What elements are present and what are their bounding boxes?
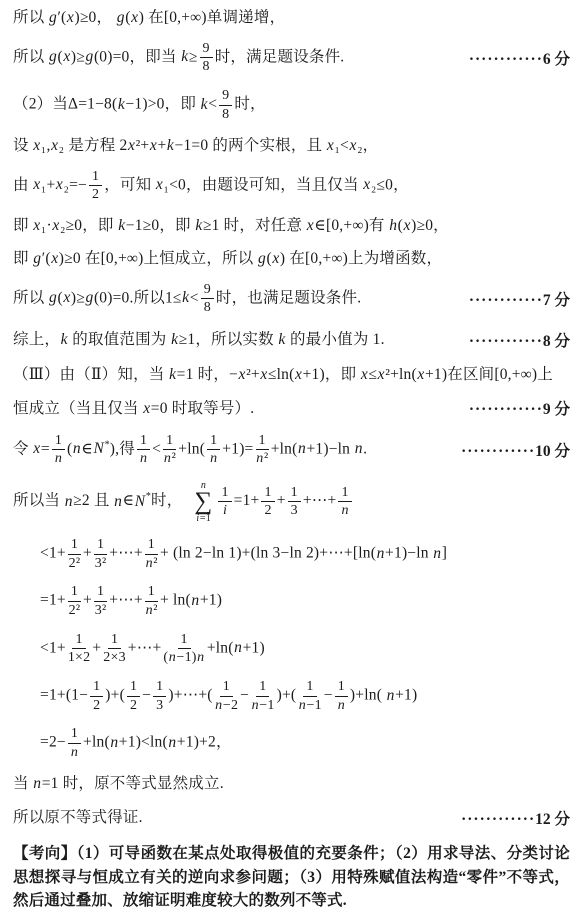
solution-line: =1+(1−12)+(12−13)+⋯+(1n−2−1n−1)+(1n−1−1n… — [13, 679, 570, 713]
solution-line: 所以 g′(x)≥0， g(x) 在[0,+∞)单调递增， — [13, 8, 570, 27]
solution-line: 所以原不等式得证.············12 分 — [13, 807, 570, 829]
solution-line: 即 g′(x)≥0 在[0,+∞)上恒成立，所以 g(x) 在[0,+∞)上为增… — [13, 249, 570, 268]
solution-line-text: 设 x₁,x₂ 是方程 2x²+x+k−1=0 的两个实根，且 x₁<x₂， — [13, 136, 570, 155]
score-label: 7 分 — [543, 292, 570, 309]
fraction: 1n — [68, 726, 81, 760]
solution-line-text: =1+(1−12)+(12−13)+⋯+(1n−2−1n−1)+(1n−1−1n… — [13, 679, 570, 713]
solution-line: <1+11×2+12×3+⋯+1(n−1)n+ln(n+1) — [13, 632, 570, 666]
solution-line-text: 当 n=1 时，原不等式显然成立. — [13, 774, 570, 793]
fraction: 12² — [68, 537, 81, 571]
solution-line: 由 x₁+x₂=−12，可知 x₁<0，由题设可知，当且仅当 x₂≤0， — [13, 169, 570, 203]
fraction: 12 — [127, 679, 140, 713]
fraction: 12² — [68, 584, 81, 618]
score-leader-dots: ············ — [469, 51, 543, 68]
fraction: 12 — [261, 485, 274, 519]
solution-line-text: 令 x=1n(n∈N*),得1n<1n²+ln(1n+1)=1n²+ln(n+1… — [13, 433, 453, 467]
document-page: 所以 g′(x)≥0， g(x) 在[0,+∞)单调递增，所以 g(x)≥g(0… — [0, 0, 588, 920]
score-label: 12 分 — [535, 811, 570, 828]
fraction: 98 — [219, 88, 232, 122]
score-label: 10 分 — [535, 443, 570, 460]
solution-line-text: 所以当 n≥2 且 n∈N*时， n∑i=11i=1+12+13+⋯+1n — [13, 480, 570, 523]
fraction: 1n — [338, 485, 351, 519]
solution-line: 当 n=1 时，原不等式显然成立. — [13, 774, 570, 793]
solution-line: 恒成立（当且仅当 x=0 时取等号）.············9 分 — [13, 397, 570, 419]
solution-line-text: 所以原不等式得证. — [13, 808, 453, 827]
score-leader-dots: ············ — [469, 292, 543, 309]
solution-line: 即 x₁·x₂≥0，即 k−1≥0，即 k≥1 时，对任意 x∈[0,+∞)有 … — [13, 216, 570, 235]
fraction: 1n — [207, 433, 220, 467]
fraction: 13 — [153, 679, 166, 713]
solution-line: <1+12²+13²+⋯+1n²+ (ln 2−ln 1)+(ln 3−ln 2… — [13, 537, 570, 571]
fraction: 1n — [335, 679, 348, 713]
solution-line: =2−1n+ln(n+1)<ln(n+1)+2， — [13, 726, 570, 760]
score-leader-dots: ············ — [469, 333, 543, 350]
score-mark: ············6 分 — [469, 47, 570, 69]
solution-line-text: <1+11×2+12×3+⋯+1(n−1)n+ln(n+1) — [13, 632, 570, 666]
solution-line-text: <1+12²+13²+⋯+1n²+ (ln 2−ln 1)+(ln 3−ln 2… — [13, 537, 570, 571]
solution-line-text: 恒成立（当且仅当 x=0 时取等号）. — [13, 399, 461, 418]
solution-line-text: 所以 g(x)≥g(0)=0.所以1≤k<98时，也满足题设条件. — [13, 282, 461, 316]
fraction: 11×2 — [68, 632, 91, 666]
solution-line-text: 即 g′(x)≥0 在[0,+∞)上恒成立，所以 g(x) 在[0,+∞)上为增… — [13, 249, 570, 268]
score-leader-dots: ············ — [461, 811, 535, 828]
fraction: 1n−1 — [298, 679, 322, 713]
solution-line: 所以当 n≥2 且 n∈N*时， n∑i=11i=1+12+13+⋯+1n — [13, 480, 570, 523]
fraction: 1n² — [163, 433, 176, 467]
score-mark: ············10 分 — [461, 439, 570, 461]
fraction: 98 — [201, 282, 214, 316]
score-leader-dots: ············ — [461, 443, 535, 460]
solution-line-text: （2）当Δ=1−8(k−1)>0，即 k<98时， — [13, 88, 570, 122]
fraction: 1n−2 — [215, 679, 239, 713]
solution-line: 设 x₁,x₂ 是方程 2x²+x+k−1=0 的两个实根，且 x₁<x₂， — [13, 136, 570, 155]
exam-focus-note: 【考向】（1）可导函数在某点处取得极值的充要条件；（2）用求导法、分类讨论思想探… — [13, 842, 570, 912]
solution-line: =1+12²+13²+⋯+1n²+ ln(n+1) — [13, 584, 570, 618]
solution-line-text: 由 x₁+x₂=−12，可知 x₁<0，由题设可知，当且仅当 x₂≤0， — [13, 169, 570, 203]
score-label: 6 分 — [543, 51, 570, 68]
solution-line-text: =1+12²+13²+⋯+1n²+ ln(n+1) — [13, 584, 570, 618]
score-leader-dots: ············ — [469, 401, 543, 418]
solution-line-text: 即 x₁·x₂≥0，即 k−1≥0，即 k≥1 时，对任意 x∈[0,+∞)有 … — [13, 216, 570, 235]
fraction: 1n−1 — [251, 679, 275, 713]
fraction: 1(n−1)n — [163, 632, 204, 666]
solution-line-text: （Ⅲ）由（Ⅱ）知，当 k=1 时，−x²+x≤ln(x+1)，即 x≤x²+ln… — [13, 365, 570, 384]
score-mark: ············8 分 — [469, 329, 570, 351]
fraction: 1n — [137, 433, 150, 467]
fraction: 1n² — [145, 584, 158, 618]
score-mark: ············9 分 — [469, 397, 570, 419]
solution-line: 综上，k 的取值范围为 k≥1，所以实数 k 的最小值为 1.·········… — [13, 329, 570, 351]
summation-symbol: n∑i=1 — [194, 480, 212, 523]
score-label: 9 分 — [543, 401, 570, 418]
fraction: 13² — [94, 584, 107, 618]
fraction: 12 — [89, 169, 102, 203]
solution-line-text: 所以 g(x)≥g(0)=0，即当 k≥98时，满足题设条件. — [13, 41, 461, 75]
solution-line: 所以 g(x)≥g(0)=0，即当 k≥98时，满足题设条件.·········… — [13, 41, 570, 75]
solution-line: 所以 g(x)≥g(0)=0.所以1≤k<98时，也满足题设条件.·······… — [13, 282, 570, 316]
fraction: 13 — [288, 485, 301, 519]
fraction: 12×3 — [103, 632, 126, 666]
fraction: 98 — [200, 41, 213, 75]
fraction: 1i — [218, 485, 231, 519]
solution-line: （Ⅲ）由（Ⅱ）知，当 k=1 时，−x²+x≤ln(x+1)，即 x≤x²+ln… — [13, 365, 570, 384]
solution-line-text: 所以 g′(x)≥0， g(x) 在[0,+∞)单调递增， — [13, 8, 570, 27]
score-mark: ············12 分 — [461, 807, 570, 829]
solution-line: 令 x=1n(n∈N*),得1n<1n²+ln(1n+1)=1n²+ln(n+1… — [13, 433, 570, 467]
fraction: 1n² — [256, 433, 269, 467]
fraction: 1n — [52, 433, 65, 467]
fraction: 12 — [90, 679, 103, 713]
fraction: 1n² — [145, 537, 158, 571]
solution-line: （2）当Δ=1−8(k−1)>0，即 k<98时， — [13, 88, 570, 122]
score-mark: ············7 分 — [469, 288, 570, 310]
solution-line-text: =2−1n+ln(n+1)<ln(n+1)+2， — [13, 726, 570, 760]
fraction: 13² — [94, 537, 107, 571]
score-label: 8 分 — [543, 333, 570, 350]
solution-line-text: 综上，k 的取值范围为 k≥1，所以实数 k 的最小值为 1. — [13, 330, 461, 349]
